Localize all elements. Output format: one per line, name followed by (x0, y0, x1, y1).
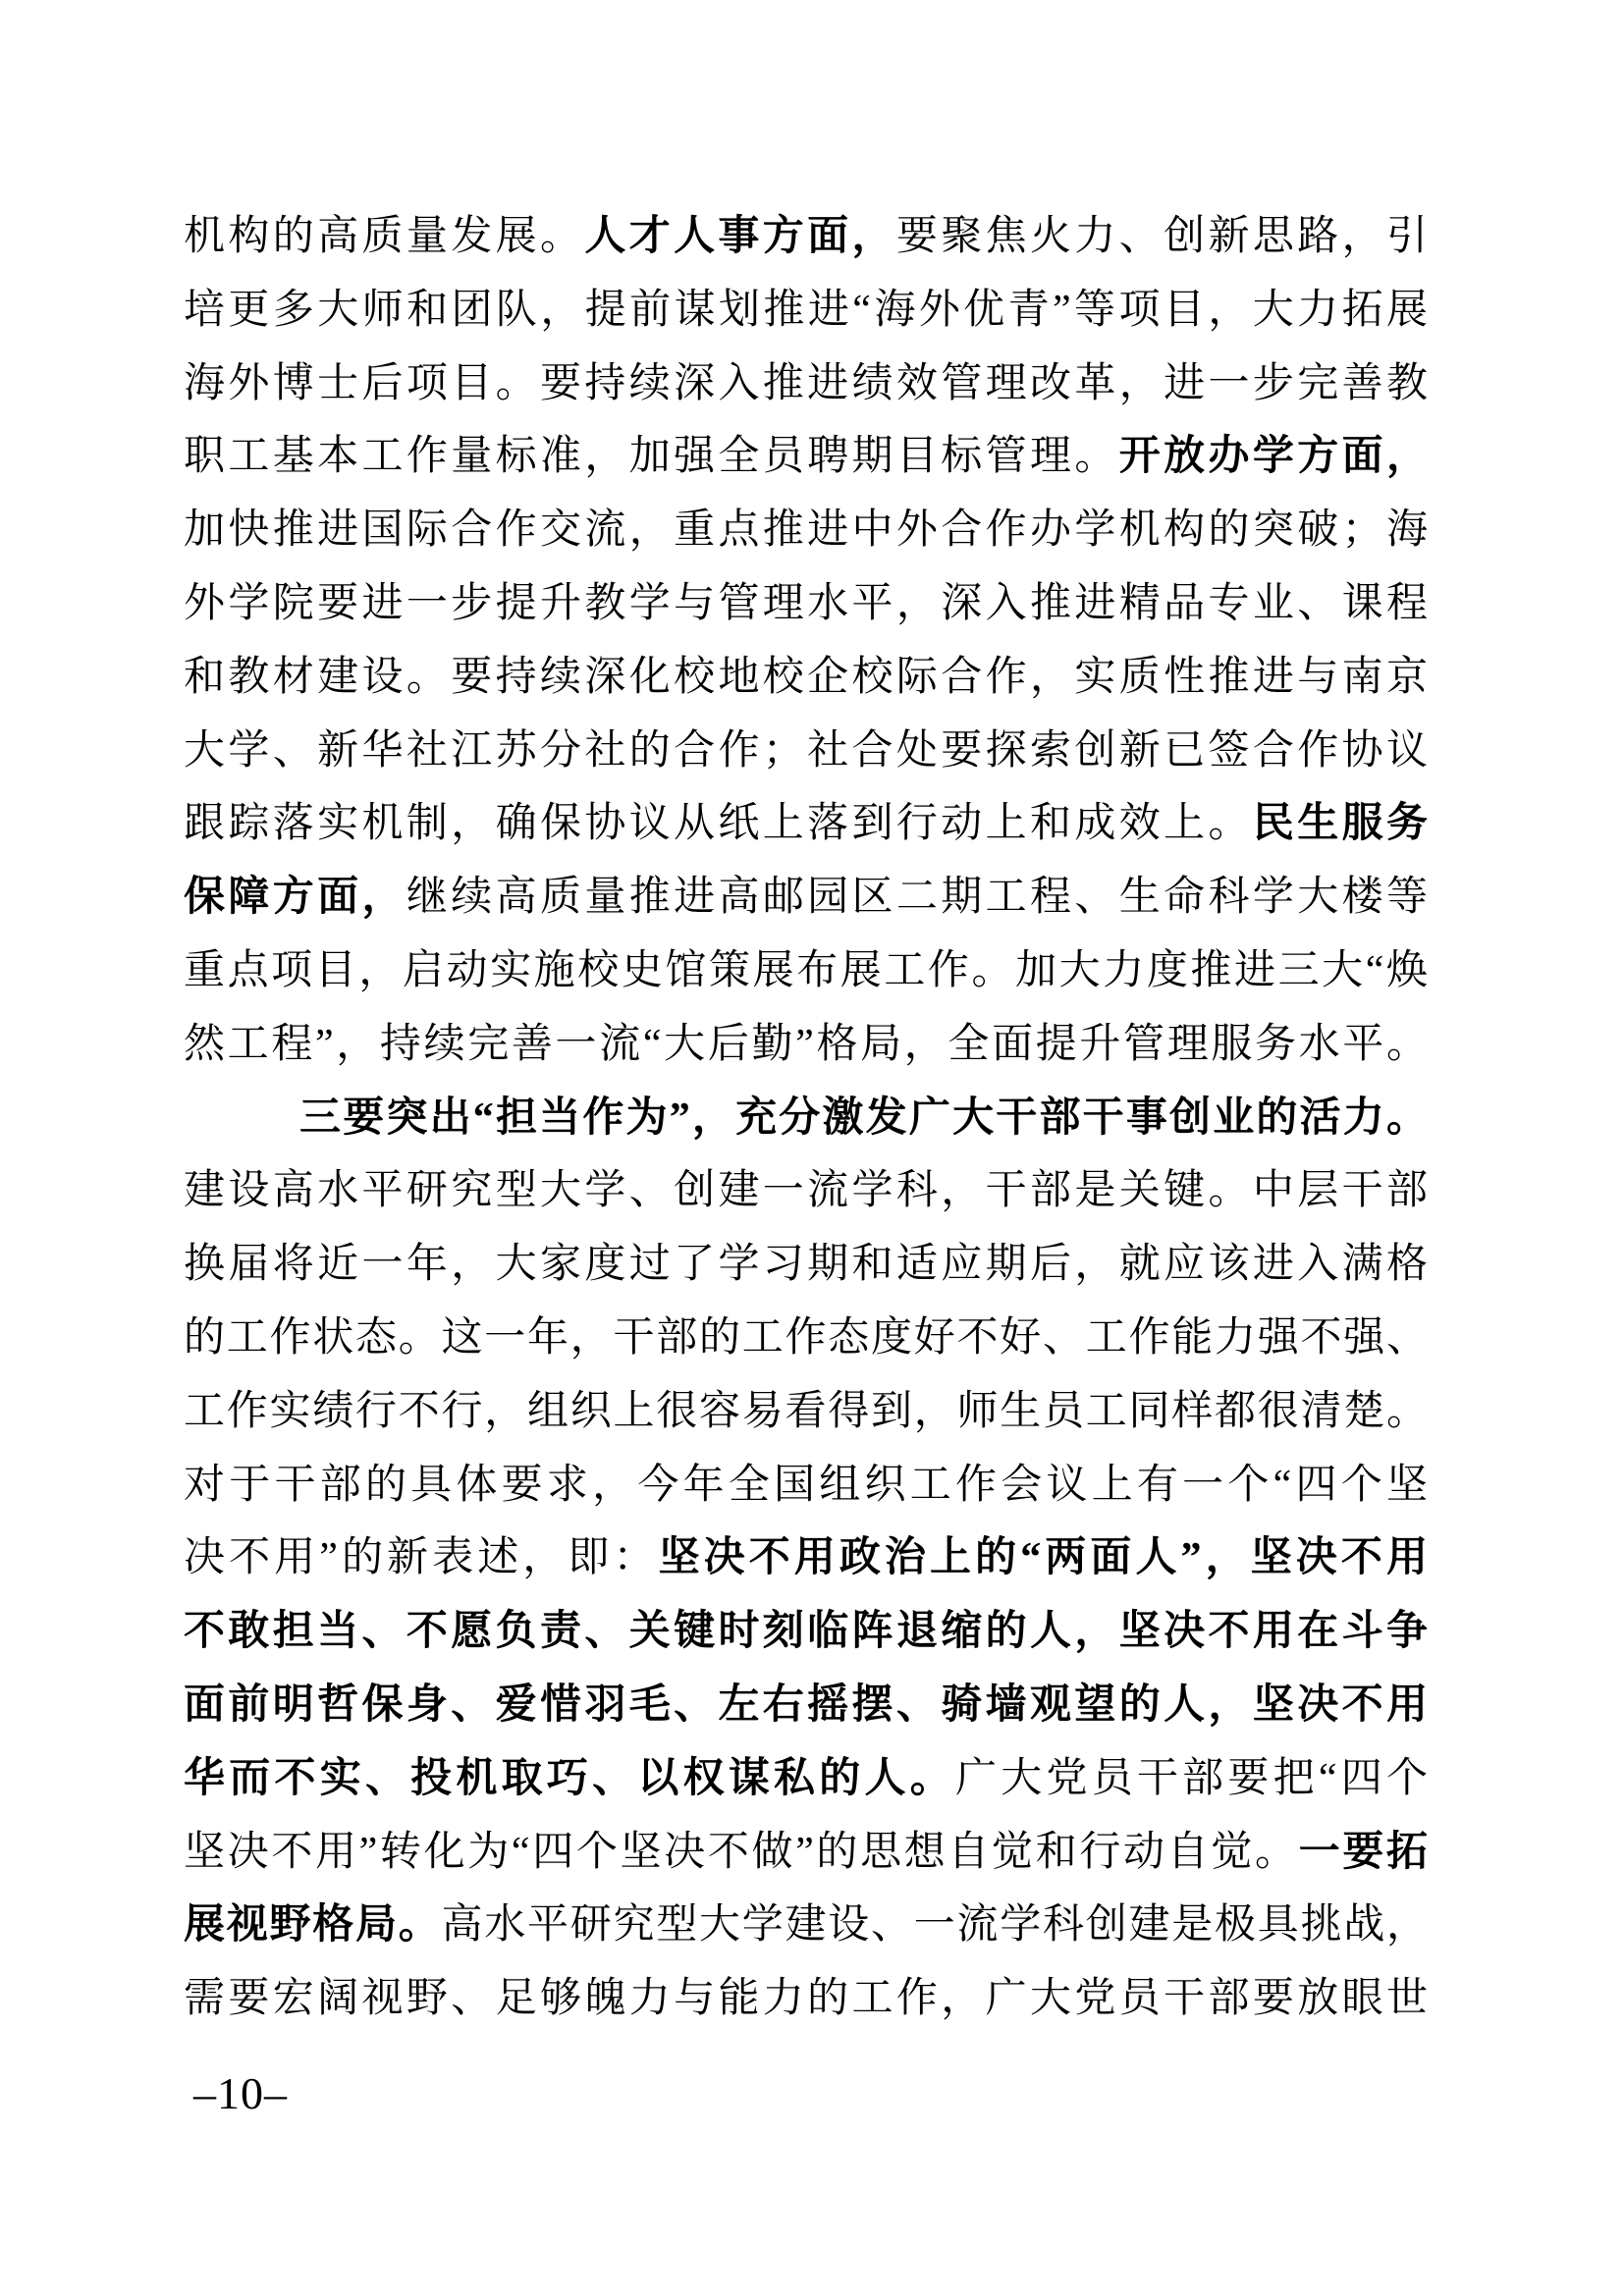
text-segment: 继续高质量推进高邮园区二期工程、生命科学大楼等 (406, 875, 1428, 920)
text-segment: 的工作状态。这一年，干部的工作态度好不好、工作能力强不强、 (184, 1315, 1428, 1361)
text-line: 不敢担当、不愿负责、关键时刻临阵退缩的人，坚决不用在斗争 (184, 1595, 1428, 1669)
text-line: 换届将近一年，大家度过了学习期和适应期后，就应该进入满格 (184, 1228, 1428, 1302)
text-line: 和教材建设。要持续深化校地校企校际合作，实质性推进与南京 (184, 641, 1428, 715)
bold-text-segment: 民生服务 (1253, 801, 1428, 846)
text-line: 重点项目，启动实施校史馆策展布展工作。加大力度推进三大“焕 (184, 934, 1428, 1008)
text-segment: 然工程”，持续完善一流“大后勤”格局，全面提升管理服务水平。 (184, 1022, 1428, 1067)
text-line: 大学、新华社江苏分社的合作；社合处要探索创新已签合作协议 (184, 715, 1428, 788)
text-line: 培更多大师和团队，提前谋划推进“海外优青”等项目，大力拓展 (184, 274, 1428, 347)
text-line: 坚决不用”转化为“四个坚决不做”的思想自觉和行动自觉。一要拓 (184, 1816, 1428, 1890)
text-segment: 高水平研究型大学建设、一流学科创建是极具挑战， (442, 1902, 1428, 1948)
text-line: 然工程”，持续完善一流“大后勤”格局，全面提升管理服务水平。 (184, 1008, 1428, 1082)
text-line: 工作实绩行不行，组织上很容易看得到，师生员工同样都很清楚。 (184, 1375, 1428, 1449)
text-line: 外学院要进一步提升教学与管理水平，深入推进精品专业、课程 (184, 567, 1428, 641)
bold-text-segment: 保障方面， (184, 875, 406, 920)
text-segment: 职工基本工作量标准，加强全员聘期目标管理。 (184, 434, 1119, 479)
text-segment: 跟踪落实机制，确保协议从纸上落到行动上和成效上。 (184, 801, 1253, 846)
text-segment: 换届将近一年，大家度过了学习期和适应期后，就应该进入满格 (184, 1242, 1428, 1287)
bold-text-segment: 开放办学方面， (1119, 434, 1428, 479)
text-line: 海外博士后项目。要持续深入推进绩效管理改革，进一步完善教 (184, 347, 1428, 421)
document-body: 机构的高质量发展。人才人事方面，要聚焦火力、创新思路，引培更多大师和团队，提前谋… (184, 200, 1428, 2036)
bold-text-segment: 一要拓 (1299, 1830, 1428, 1875)
bold-text-segment: 不敢担当、不愿负责、关键时刻临阵退缩的人，坚决不用在斗争 (184, 1609, 1428, 1654)
text-segment: 工作实绩行不行，组织上很容易看得到，师生员工同样都很清楚。 (184, 1389, 1428, 1434)
text-line: 面前明哲保身、爱惜羽毛、左右摇摆、骑墙观望的人，坚决不用 (184, 1669, 1428, 1742)
text-line: 职工基本工作量标准，加强全员聘期目标管理。开放办学方面， (184, 420, 1428, 494)
bold-text-segment: 人才人事方面， (584, 214, 896, 259)
text-segment: 和教材建设。要持续深化校地校企校际合作，实质性推进与南京 (184, 655, 1428, 700)
text-segment: 需要宏阔视野、足够魄力与能力的工作，广大党员干部要放眼世 (184, 1976, 1428, 2021)
text-segment: 大学、新华社江苏分社的合作；社合处要探索创新已签合作协议 (184, 728, 1428, 774)
text-segment: 要聚焦火力、创新思路，引 (896, 214, 1428, 259)
text-segment: 建设高水平研究型大学、创建一流学科，干部是关键。中层干部 (184, 1168, 1428, 1213)
text-line: 加快推进国际合作交流，重点推进中外合作办学机构的突破；海 (184, 494, 1428, 567)
text-line: 决不用”的新表述，即：坚决不用政治上的“两面人”，坚决不用 (184, 1522, 1428, 1595)
bold-text-segment: 面前明哲保身、爱惜羽毛、左右摇摆、骑墙观望的人，坚决不用 (184, 1682, 1428, 1728)
text-segment: 广大党员干部要把“四个 (955, 1756, 1428, 1801)
text-segment: 加快推进国际合作交流，重点推进中外合作办学机构的突破；海 (184, 507, 1428, 553)
bold-text-segment: 展视野格局。 (184, 1902, 442, 1948)
text-line: 建设高水平研究型大学、创建一流学科，干部是关键。中层干部 (184, 1154, 1428, 1228)
text-line: 三要突出“担当作为”，充分激发广大干部干事创业的活力。 (184, 1082, 1428, 1155)
text-line: 华而不实、投机取巧、以权谋私的人。广大党员干部要把“四个 (184, 1742, 1428, 1816)
bold-text-segment: 坚决不用政治上的“两面人”，坚决不用 (659, 1535, 1428, 1580)
page-number: –10– (193, 2064, 288, 2123)
bold-text-segment: 三要突出“担当作为”，充分激发广大干部干事创业的活力。 (299, 1095, 1428, 1141)
text-segment: 坚决不用”转化为“四个坚决不做”的思想自觉和行动自觉。 (184, 1830, 1299, 1875)
text-line: 保障方面，继续高质量推进高邮园区二期工程、生命科学大楼等 (184, 861, 1428, 934)
text-segment: 重点项目，启动实施校史馆策展布展工作。加大力度推进三大“焕 (184, 948, 1428, 993)
text-line: 需要宏阔视野、足够魄力与能力的工作，广大党员干部要放眼世 (184, 1962, 1428, 2036)
text-line: 对于干部的具体要求，今年全国组织工作会议上有一个“四个坚 (184, 1449, 1428, 1522)
text-segment: 海外博士后项目。要持续深入推进绩效管理改革，进一步完善教 (184, 361, 1428, 406)
text-line: 的工作状态。这一年，干部的工作态度好不好、工作能力强不强、 (184, 1302, 1428, 1375)
text-segment: 培更多大师和团队，提前谋划推进“海外优青”等项目，大力拓展 (184, 288, 1428, 333)
text-line: 跟踪落实机制，确保协议从纸上落到行动上和成效上。民生服务 (184, 787, 1428, 861)
text-line: 展视野格局。高水平研究型大学建设、一流学科创建是极具挑战， (184, 1889, 1428, 1962)
document-page: 机构的高质量发展。人才人事方面，要聚焦火力、创新思路，引培更多大师和团队，提前谋… (0, 0, 1624, 2296)
text-segment: 外学院要进一步提升教学与管理水平，深入推进精品专业、课程 (184, 581, 1428, 626)
text-segment: 机构的高质量发展。 (184, 214, 584, 259)
bold-text-segment: 华而不实、投机取巧、以权谋私的人。 (184, 1756, 955, 1801)
text-line: 机构的高质量发展。人才人事方面，要聚焦火力、创新思路，引 (184, 200, 1428, 274)
text-segment: 对于干部的具体要求，今年全国组织工作会议上有一个“四个坚 (184, 1463, 1428, 1508)
text-segment: 决不用”的新表述，即： (184, 1535, 659, 1580)
